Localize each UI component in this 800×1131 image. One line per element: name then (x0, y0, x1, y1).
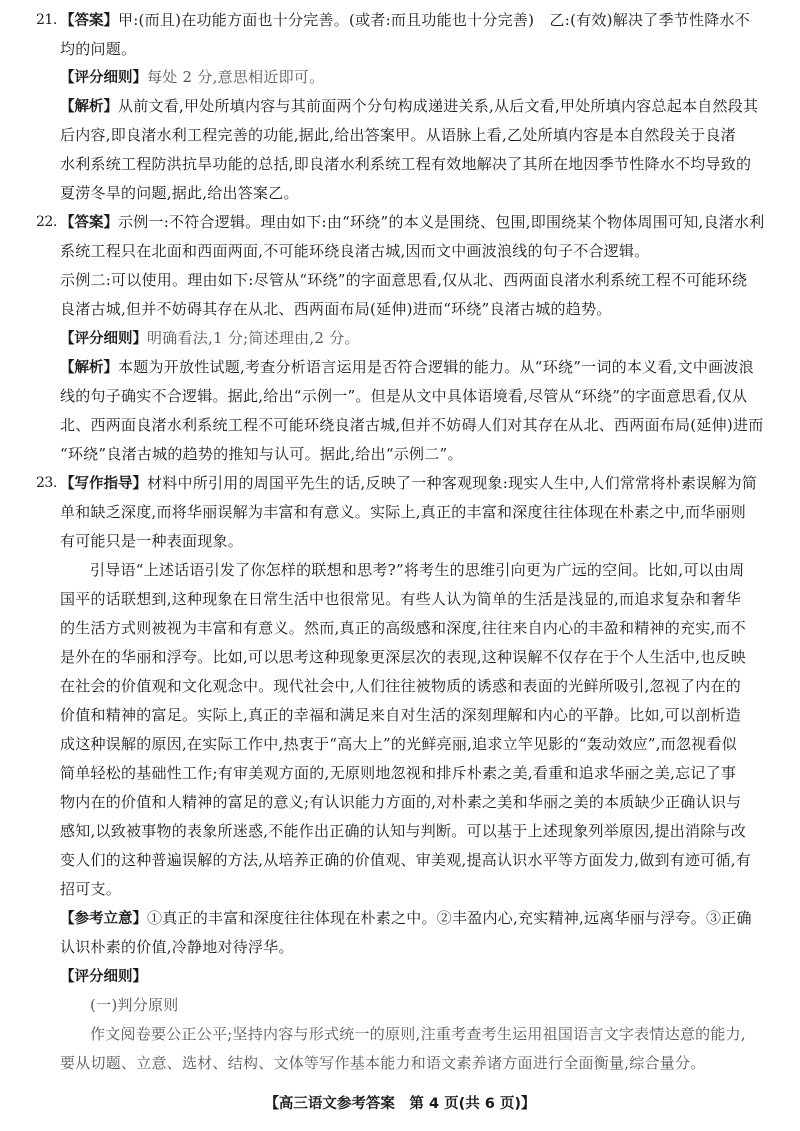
scoring-tag: 【评分细则】 (60, 969, 147, 985)
principle-heading: (一)判分原则 (90, 995, 765, 1015)
q21-analysis-line-1: 【解析】从前文看,甲处所填内容与其前面两个分句构成递进关系,从后文看,甲处所填内… (60, 96, 765, 116)
q21-answer-line-1: 【答案】甲:(而且)在功能方面也十分完善。(或者:而且功能也十分完善) 乙:(有… (60, 10, 765, 30)
writing-guide-tag: 【写作指导】 (60, 476, 147, 492)
q23-para2-line-2: 国平的话联想到,这种现象在日常生活中也很常见。有些人认为简单的生活是浅显的,而追… (60, 589, 765, 609)
q21-analysis-line-3: 水利系统工程防洪抗旱功能的总括,即良渚水利系统工程有效地解决了其所在地因季节性降… (60, 154, 765, 174)
question-number: 21. (36, 10, 57, 30)
q23-guide-line-3: 有可能只是一种表面现象。 (60, 531, 765, 551)
q23-guide-line-1: 【写作指导】材料中所引用的周国平先生的话,反映了一种客观现象:现实人生中,人们常… (60, 473, 765, 493)
q21-answer-line-2: 均的问题。 (60, 39, 765, 59)
scoring-tag: 【评分细则】 (60, 331, 147, 347)
q23-para2-line-9: 物内在的价值和人精神的富足的意义;有认识能力方面的,对朴素之美和华丽之美的本质缺… (60, 792, 765, 812)
q23-para2-line-11: 变人们的这种普遍误解的方法,从培养正确的价值观、审美观,提高认识水平等方面发力,… (60, 850, 765, 870)
q21-analysis-line-2: 后内容,即良渚水利工程完善的功能,据此,给出答案甲。从语脉上看,乙处所填内容是本… (60, 125, 765, 145)
answer-key-page: 21. 【答案】甲:(而且)在功能方面也十分完善。(或者:而且功能也十分完善) … (0, 0, 800, 1131)
analysis-tag: 【解析】 (60, 360, 118, 376)
q22-analysis-line-1: 【解析】本题为开放性试题,考查分析语言运用是否符合逻辑的能力。从“环绕”一词的本… (60, 357, 765, 377)
q23-intent-line-1: 【参考立意】①真正的丰富和深度往往体现在朴素之中。②丰盈内心,充实精神,远离华丽… (60, 908, 765, 928)
answer-tag: 【答案】 (60, 13, 118, 29)
q23-para2-line-5: 在社会的价值观和文化观念中。现代社会中,人们往往被物质的诱惑和表面的光鲜所吸引,… (60, 676, 765, 696)
page-footer: 【高三语文参考答案 第 4 页(共 6 页)】 (0, 1094, 800, 1114)
q23-para2-line-3: 的生活方式则被视为丰富和有意义。然而,真正的高级感和深度,往往来自内心的丰盈和精… (60, 618, 765, 638)
q23-guide-line-2: 单和缺乏深度,而将华丽误解为丰富和有意义。实际上,真正的丰富和深度往往体现在朴素… (60, 502, 765, 522)
q22-scoring: 【评分细则】明确看法,1 分;简述理由,2 分。 (60, 328, 765, 348)
q23-para2-line-12: 招可支。 (60, 879, 765, 899)
q23-para2-line-7: 成这种误解的原因,在实际工作中,热衷于“高大上”的光鲜亮丽,追求立竿见影的“轰动… (60, 734, 765, 754)
q23-para2-line-6: 价值和精神的富足。实际上,真正的幸福和满足来自对生活的深刻理解和内心的平静。比如… (60, 705, 765, 725)
principle-line-2: 要从切题、立意、选材、结构、文体等写作基本能力和语文素养诸方面进行全面衡量,综合… (60, 1053, 765, 1073)
reference-intent-tag: 【参考立意】 (60, 911, 147, 927)
q22-analysis-line-3: 北、西两面良渚水利系统工程不可能环绕良渚古城,但并不妨碍人们对其存在从北、西两面… (60, 415, 765, 435)
q21-analysis-line-4: 夏涝冬旱的问题,据此,给出答案乙。 (60, 183, 765, 203)
q22-analysis-line-2: 线的句子确实不合逻辑。据此,给出“示例一”。但是从文中具体语境看,尽管从“环绕”… (60, 386, 765, 406)
q23-para2-line-4: 是外在的华丽和浮夸。比如,可以思考这种现象更深层次的表现,这种误解不仅存在于个人… (60, 647, 765, 667)
question-number: 22. (36, 212, 57, 232)
q23-para2-line-8: 简单轻松的基础性工作;有审美观方面的,无原则地忽视和排斥朴素之美,看重和追求华丽… (60, 763, 765, 783)
q21-scoring: 【评分细则】每处 2 分,意思相近即可。 (60, 67, 765, 87)
q23-para2-line-1: 引导语“上述话语引发了你怎样的联想和思考?”将考生的思维引向更为广远的空间。比如… (90, 560, 765, 580)
q22-answer-line-1: 【答案】示例一:不符合逻辑。理由如下:由“环绕”的本义是围绕、包围,即围绕某个物… (60, 212, 765, 232)
answer-tag: 【答案】 (60, 215, 118, 231)
scoring-tag: 【评分细则】 (60, 70, 147, 86)
q23-intent-line-2: 认识朴素的价值,冷静地对待浮华。 (60, 937, 765, 957)
q22-answer-line-4: 良渚古城,但并不妨碍其存在从北、西两面布局(延伸)进而“环绕”良渚古城的趋势。 (60, 299, 765, 319)
q22-analysis-line-4: “环绕”良渚古城的趋势的推知与认可。据此,给出“示例二”。 (60, 444, 765, 464)
principle-line-1: 作文阅卷要公正公平;坚持内容与形式统一的原则,注重考查考生运用祖国语言文字表情达… (90, 1024, 765, 1044)
q22-answer-line-2: 系统工程只在北面和西面两面,不可能环绕良渚古城,因而文中画波浪线的句子不合逻辑。 (60, 241, 765, 261)
analysis-tag: 【解析】 (60, 99, 118, 115)
q22-answer-line-3: 示例二:可以使用。理由如下:尽管从“环绕”的字面意思看,仅从北、西两面良渚水利系… (60, 270, 765, 290)
q23-scoring-heading: 【评分细则】 (60, 966, 765, 986)
question-number: 23. (36, 473, 57, 493)
q23-para2-line-10: 感知,以致被事物的表象所迷惑,不能作出正确的认知与判断。可以基于上述现象列举原因… (60, 821, 765, 841)
